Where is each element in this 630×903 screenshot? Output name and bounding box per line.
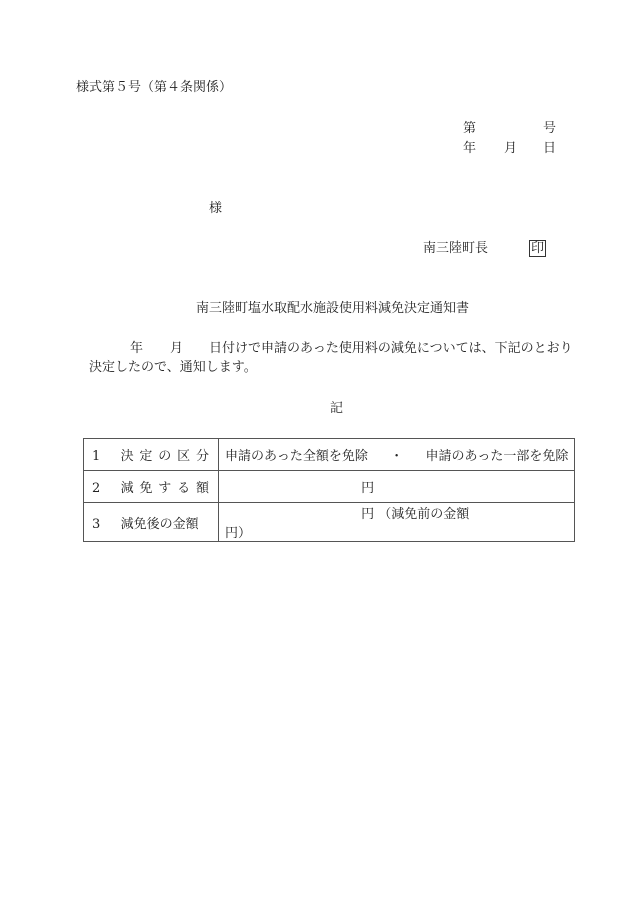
recipient-suffix: 様 (209, 201, 222, 217)
table-row: 2 減免する額 円 (84, 471, 575, 503)
row-value: 申請のあった全額を免除 ・ 申請のあった一部を免除 (219, 439, 575, 471)
table-row: 1 決定の区分 申請のあった全額を免除 ・ 申請のあった一部を免除 (84, 439, 575, 471)
date-year: 年 (463, 141, 476, 157)
document-title: 南三陸町塩水取配水施設使用料減免決定通知書 (196, 301, 469, 317)
table-row: 3 減免後の金額 円 （減免前の金額 円） (84, 503, 575, 542)
seal-mark: 印 (529, 240, 546, 257)
form-label: 様式第５号（第４条関係） (76, 80, 232, 96)
yen-unit: 円 (361, 507, 374, 522)
details-table: 1 決定の区分 申請のあった全額を免除 ・ 申請のあった一部を免除 2 減免する… (83, 438, 575, 542)
row-label-text: 減免する額 (121, 481, 215, 496)
pre-reduction-label: （減免前の金額 (378, 507, 469, 522)
body-line1: 日付けで申請のあった使用料の減免については、下記のとおり (209, 341, 573, 357)
body-line2: 決定したので、通知します。 (89, 360, 257, 376)
seal-text: 印 (529, 240, 546, 257)
doc-number-prefix: 第 (463, 121, 476, 137)
date-day: 日 (543, 141, 556, 157)
doc-number-suffix: 号 (543, 121, 556, 137)
row-label: 1 決定の区分 (84, 439, 219, 471)
row-label: 3 減免後の金額 (84, 503, 219, 542)
body-year: 年 (130, 341, 143, 357)
row-value: 円 （減免前の金額 円） (219, 503, 575, 542)
issuer: 南三陸町長 (423, 241, 488, 257)
row-label: 2 減免する額 (84, 471, 219, 503)
option-full-exemption: 申請のあった全額を免除 (225, 449, 368, 464)
row-label-text: 減免後の金額 (121, 517, 199, 532)
option-partial-exemption: 申請のあった一部を免除 (425, 449, 568, 464)
pre-reduction-yen: 円） (225, 526, 251, 541)
ki-heading: 記 (330, 401, 343, 417)
row-number: 1 (92, 449, 100, 464)
row-value: 円 (219, 471, 575, 503)
row-number: 3 (92, 517, 100, 532)
row-label-text: 決定の区分 (121, 449, 215, 464)
body-month: 月 (170, 341, 183, 357)
date-month: 月 (504, 141, 517, 157)
option-separator: ・ (390, 449, 403, 464)
row-number: 2 (92, 481, 100, 496)
yen-unit: 円 (361, 481, 374, 496)
